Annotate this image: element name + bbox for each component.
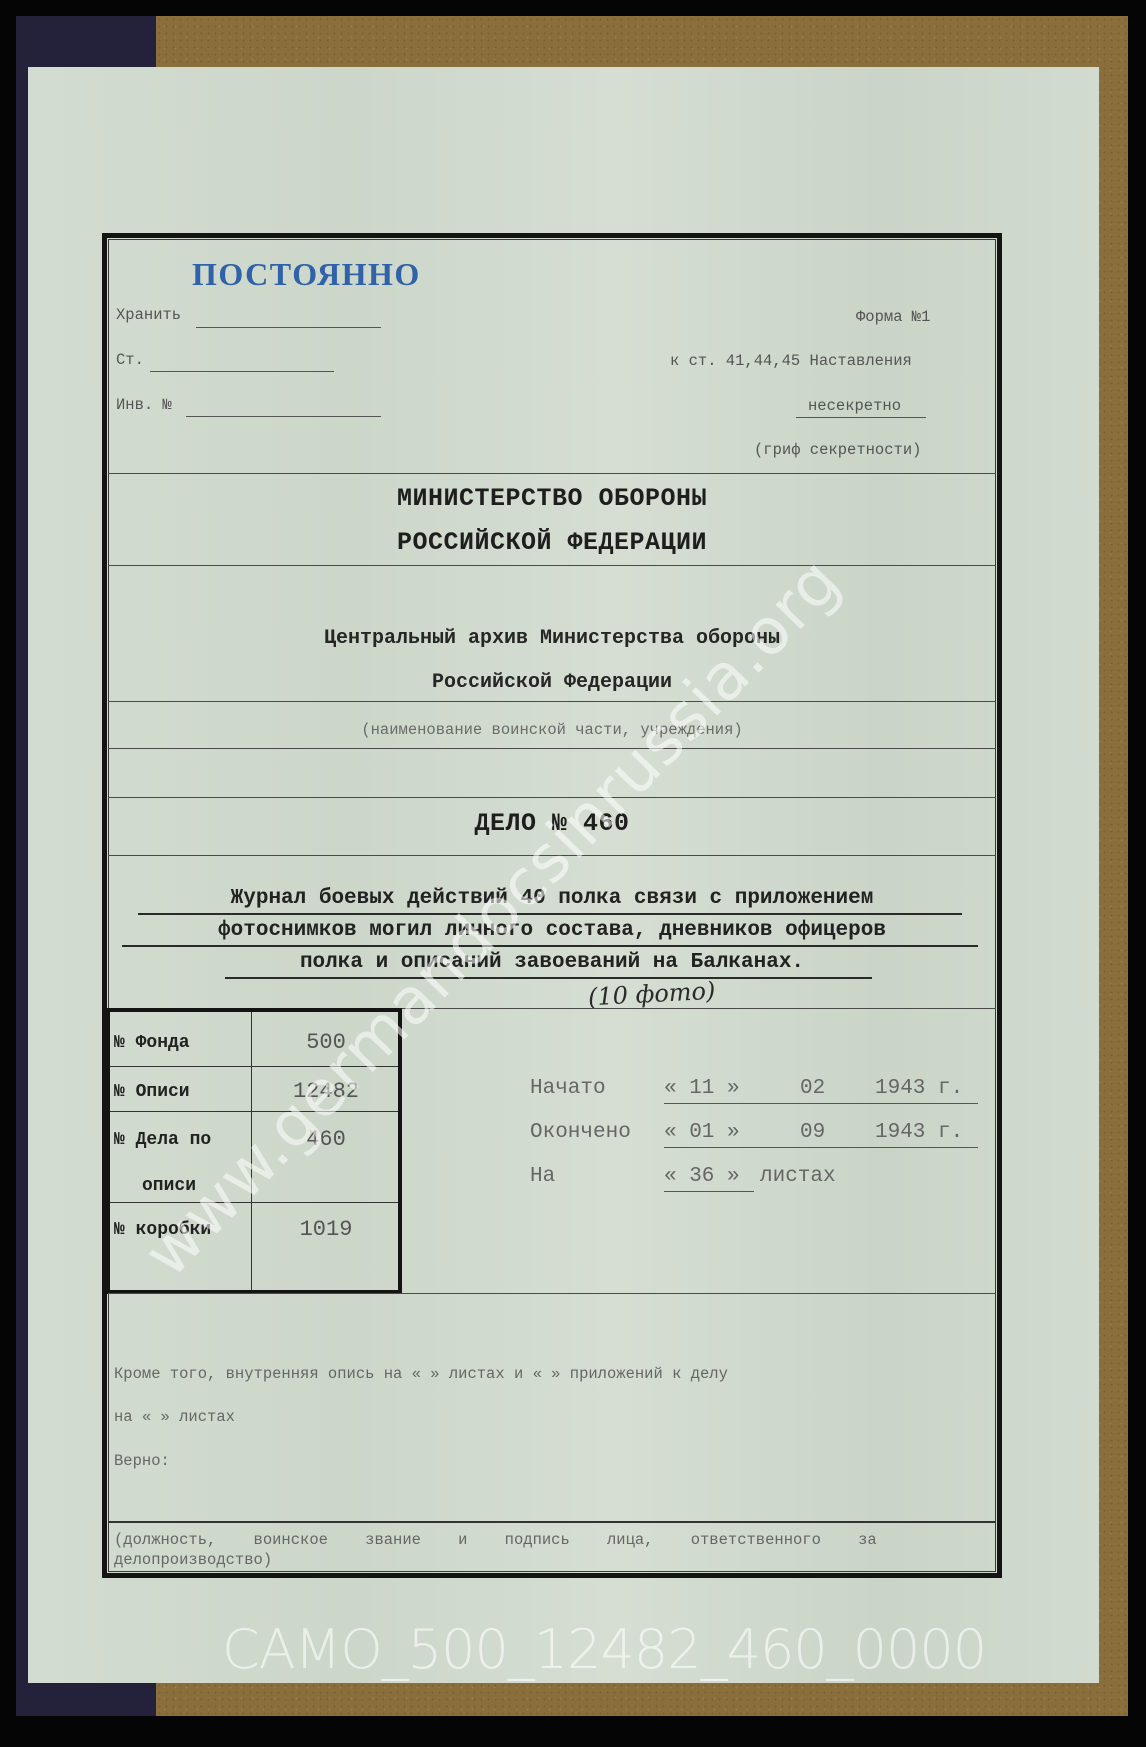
file-id-watermark: CAMO_500_12482_460_0000 — [222, 1618, 986, 1681]
divider — [108, 797, 996, 798]
description-underline — [225, 977, 872, 979]
ministry-title-line2: РОССИЙСКОЙ ФЕДЕРАЦИИ — [0, 528, 1104, 557]
ended-month: 09 — [800, 1121, 825, 1144]
divider — [108, 701, 996, 702]
opis-label: № Описи — [114, 1082, 190, 1102]
ended-label: Окончено — [530, 1121, 631, 1144]
article-label: Ст. — [116, 351, 144, 369]
articles-reference: к ст. 41,44,45 Наставления — [670, 352, 912, 370]
file-description-line2: фотоснимков могил личного состава, дневн… — [0, 919, 1104, 942]
inventory-label: Инв. № — [116, 396, 172, 414]
store-field-line — [196, 327, 381, 328]
started-month: 02 — [800, 1077, 825, 1100]
classification-caption: (гриф секретности) — [754, 441, 921, 459]
ended-underline — [664, 1147, 978, 1148]
file-description-line3: полка и описаний завоеваний на Балканах. — [0, 951, 1104, 974]
ended-day: « 01 » — [664, 1121, 740, 1144]
sheets-count: « 36 » — [664, 1165, 740, 1188]
divider — [108, 748, 996, 749]
classification-value: несекретно — [808, 397, 901, 415]
ended-year: 1943 г. — [875, 1121, 963, 1144]
started-underline — [664, 1103, 978, 1104]
divider — [108, 1293, 996, 1294]
fond-label: № Фонда — [114, 1033, 190, 1053]
divider — [108, 1521, 996, 1523]
archive-name-line2: Российской Федерации — [0, 671, 1104, 694]
description-underline — [122, 945, 978, 947]
ministry-title-line1: МИНИСТЕРСТВО ОБОРОНЫ — [0, 484, 1104, 513]
signature-caption-line2: делопроизводство) — [114, 1551, 272, 1569]
sheets-underline — [664, 1191, 754, 1192]
inventory-field-line — [186, 416, 381, 417]
started-label: Начато — [530, 1077, 606, 1100]
archive-name-line1: Центральный архив Министерства обороны — [0, 627, 1104, 650]
box-value: 1019 — [256, 1217, 396, 1242]
internal-inventory-line: Кроме того, внутренняя опись на « » лист… — [114, 1365, 728, 1383]
form-number: Форма №1 — [856, 308, 930, 326]
sheets-suffix: листах — [760, 1165, 836, 1188]
divider — [108, 565, 996, 566]
sheets-label: На — [530, 1165, 555, 1188]
delo-label: № Дела по — [114, 1130, 211, 1150]
unit-name-caption: (наименование воинской части, учреждения… — [0, 721, 1104, 739]
description-underline — [138, 913, 962, 915]
started-year: 1943 г. — [875, 1077, 963, 1100]
permanent-storage-stamp: ПОСТОЯННО — [192, 256, 421, 293]
signature-caption-line1: (должность, воинское звание и подпись ли… — [114, 1531, 877, 1549]
sheets-line: на « » листах — [114, 1408, 235, 1426]
classification-line — [796, 417, 926, 418]
verified-label: Верно: — [114, 1452, 170, 1470]
store-label: Хранить — [116, 306, 181, 324]
divider — [108, 473, 996, 474]
started-day: « 11 » — [664, 1077, 740, 1100]
article-field-line — [150, 371, 334, 372]
